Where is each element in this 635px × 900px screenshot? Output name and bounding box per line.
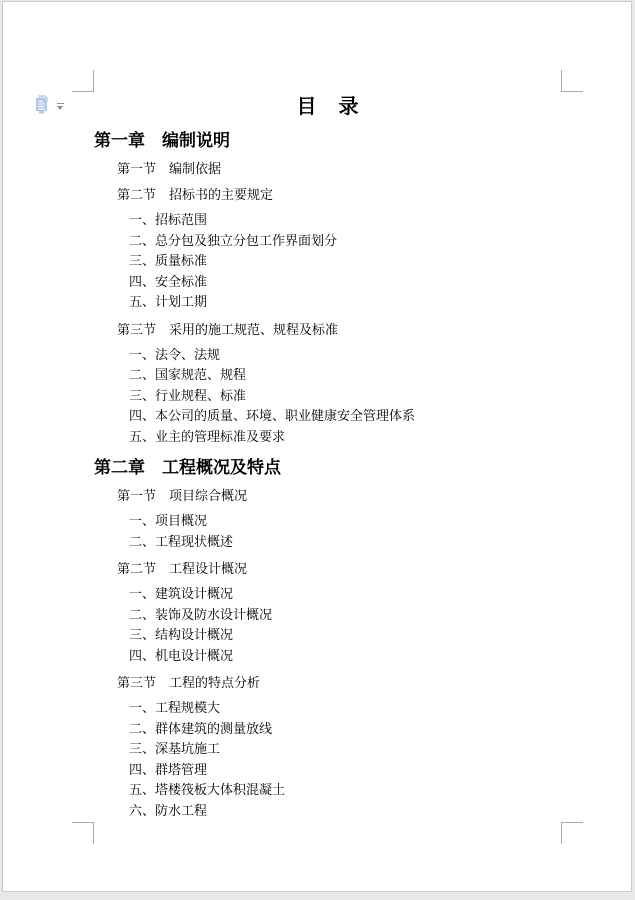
section-heading[interactable]: 第二节 工程设计概况 [94,560,562,578]
section-heading[interactable]: 第一节 编制依据 [94,160,562,178]
toc-item[interactable]: 一、法令、法规 [94,345,562,366]
toc-item[interactable]: 一、招标范围 [94,210,562,231]
toc-item[interactable]: 五、业主的管理标准及要求 [94,427,562,448]
toc-item[interactable]: 一、建筑设计概况 [94,584,562,605]
margin-mark-top-left [72,70,94,92]
section-heading[interactable]: 第二节 招标书的主要规定 [94,186,562,204]
section-item-group: 一、法令、法规 二、国家规范、规程 三、行业规程、标准 四、本公司的质量、环境、… [94,345,562,448]
toc-item[interactable]: 二、装饰及防水设计概况 [94,605,562,626]
chapter-heading[interactable]: 第二章 工程概况及特点 [94,457,562,479]
toc-item[interactable]: 三、深基坑施工 [94,739,562,760]
toc-item[interactable]: 二、群体建筑的测量放线 [94,719,562,740]
margin-mark-bottom-right [561,822,583,844]
toc-item[interactable]: 一、项目概况 [94,511,562,532]
dropdown-arrow-icon [57,103,65,110]
toc-item[interactable]: 一、工程规模大 [94,698,562,719]
toc-item[interactable]: 五、塔楼筏板大体积混凝土 [94,780,562,801]
section-item-group: 一、工程规模大 二、群体建筑的测量放线 三、深基坑施工 四、群塔管理 五、塔楼筏… [94,698,562,821]
section-heading[interactable]: 第三节 采用的施工规范、规程及标准 [94,321,562,339]
toc-item[interactable]: 六、防水工程 [94,801,562,822]
toc-content: 目 录 第一章 编制说明 第一节 编制依据 第二节 招标书的主要规定 一、招标范… [94,2,562,821]
toc-item[interactable]: 五、计划工期 [94,292,562,313]
section-heading[interactable]: 第一节 项目综合概况 [94,487,562,505]
document-page: 目 录 第一章 编制说明 第一节 编制依据 第二节 招标书的主要规定 一、招标范… [2,1,632,892]
toc-item[interactable]: 三、行业规程、标准 [94,386,562,407]
toc-item[interactable]: 四、安全标准 [94,272,562,293]
section-item-group: 一、项目概况 二、工程现状概述 [94,511,562,552]
toc-item[interactable]: 二、国家规范、规程 [94,365,562,386]
toc-item[interactable]: 四、机电设计概况 [94,646,562,667]
toc-item[interactable]: 二、总分包及独立分包工作界面划分 [94,231,562,252]
chapter-heading[interactable]: 第一章 编制说明 [94,130,562,152]
toc-title: 目 录 [94,94,562,120]
section-heading[interactable]: 第三节 工程的特点分析 [94,674,562,692]
toc-item[interactable]: 二、工程现状概述 [94,532,562,553]
toc-item[interactable]: 三、结构设计概况 [94,625,562,646]
margin-mark-bottom-left [72,822,94,844]
section-item-group: 一、招标范围 二、总分包及独立分包工作界面划分 三、质量标准 四、安全标准 五、… [94,210,562,313]
paste-options-button[interactable] [35,95,69,117]
margin-mark-top-right [561,70,583,92]
toc-item[interactable]: 三、质量标准 [94,251,562,272]
paste-options-icon [35,95,50,114]
section-item-group: 一、建筑设计概况 二、装饰及防水设计概况 三、结构设计概况 四、机电设计概况 [94,584,562,666]
toc-item[interactable]: 四、群塔管理 [94,760,562,781]
toc-item[interactable]: 四、本公司的质量、环境、职业健康安全管理体系 [94,406,562,427]
